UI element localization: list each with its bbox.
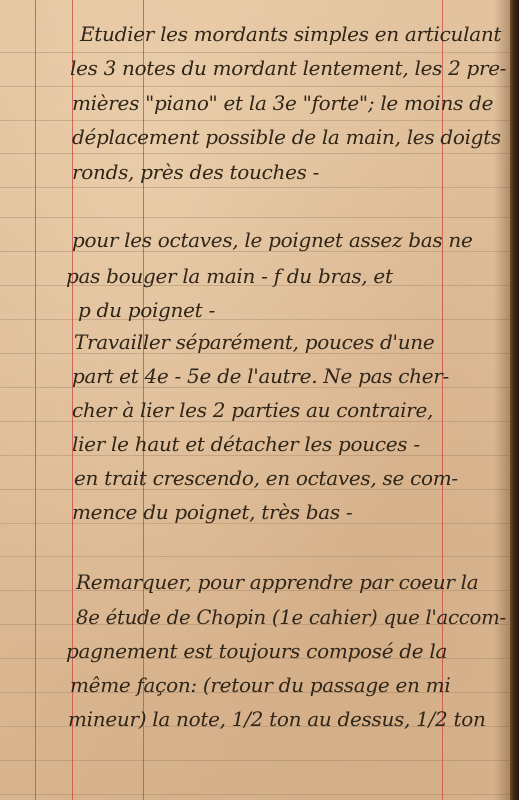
text-line: mières "piano" et la 3e "forte"; le moin… [72,91,493,115]
text-line: pas bouger la main - f du bras, et [66,264,393,288]
text-line: p du poignet - [78,298,215,322]
text-line: même façon: (retour du passage en mi [70,673,450,697]
text-line: cher à lier les 2 parties au contraire, [72,398,433,422]
text-line: mineur) la note, 1/2 ton au dessus, 1/2 … [68,707,486,731]
notebook-page: Etudier les mordants simples en articula… [0,0,519,800]
text-line: mence du poignet, très bas - [72,500,352,524]
text-line: ronds, près des touches - [72,160,319,184]
text-line: part et 4e - 5e de l'autre. Ne pas cher- [72,364,449,388]
handwritten-text: Etudier les mordants simples en articula… [0,0,519,800]
text-line: Etudier les mordants simples en articula… [80,22,501,46]
text-line: Remarquer, pour apprendre par coeur la [76,570,478,594]
text-line: les 3 notes du mordant lentement, les 2 … [70,56,506,80]
text-line: 8e étude de Chopin (1e cahier) que l'acc… [76,605,506,629]
text-line: pagnement est toujours composé de la [66,639,447,663]
text-line: Travailler séparément, pouces d'une [74,330,434,354]
text-line: lier le haut et détacher les pouces - [72,432,420,456]
text-line: déplacement possible de la main, les doi… [72,125,501,149]
text-line: en trait crescendo, en octaves, se com- [74,466,458,490]
text-line: pour les octaves, le poignet assez bas n… [72,228,473,252]
